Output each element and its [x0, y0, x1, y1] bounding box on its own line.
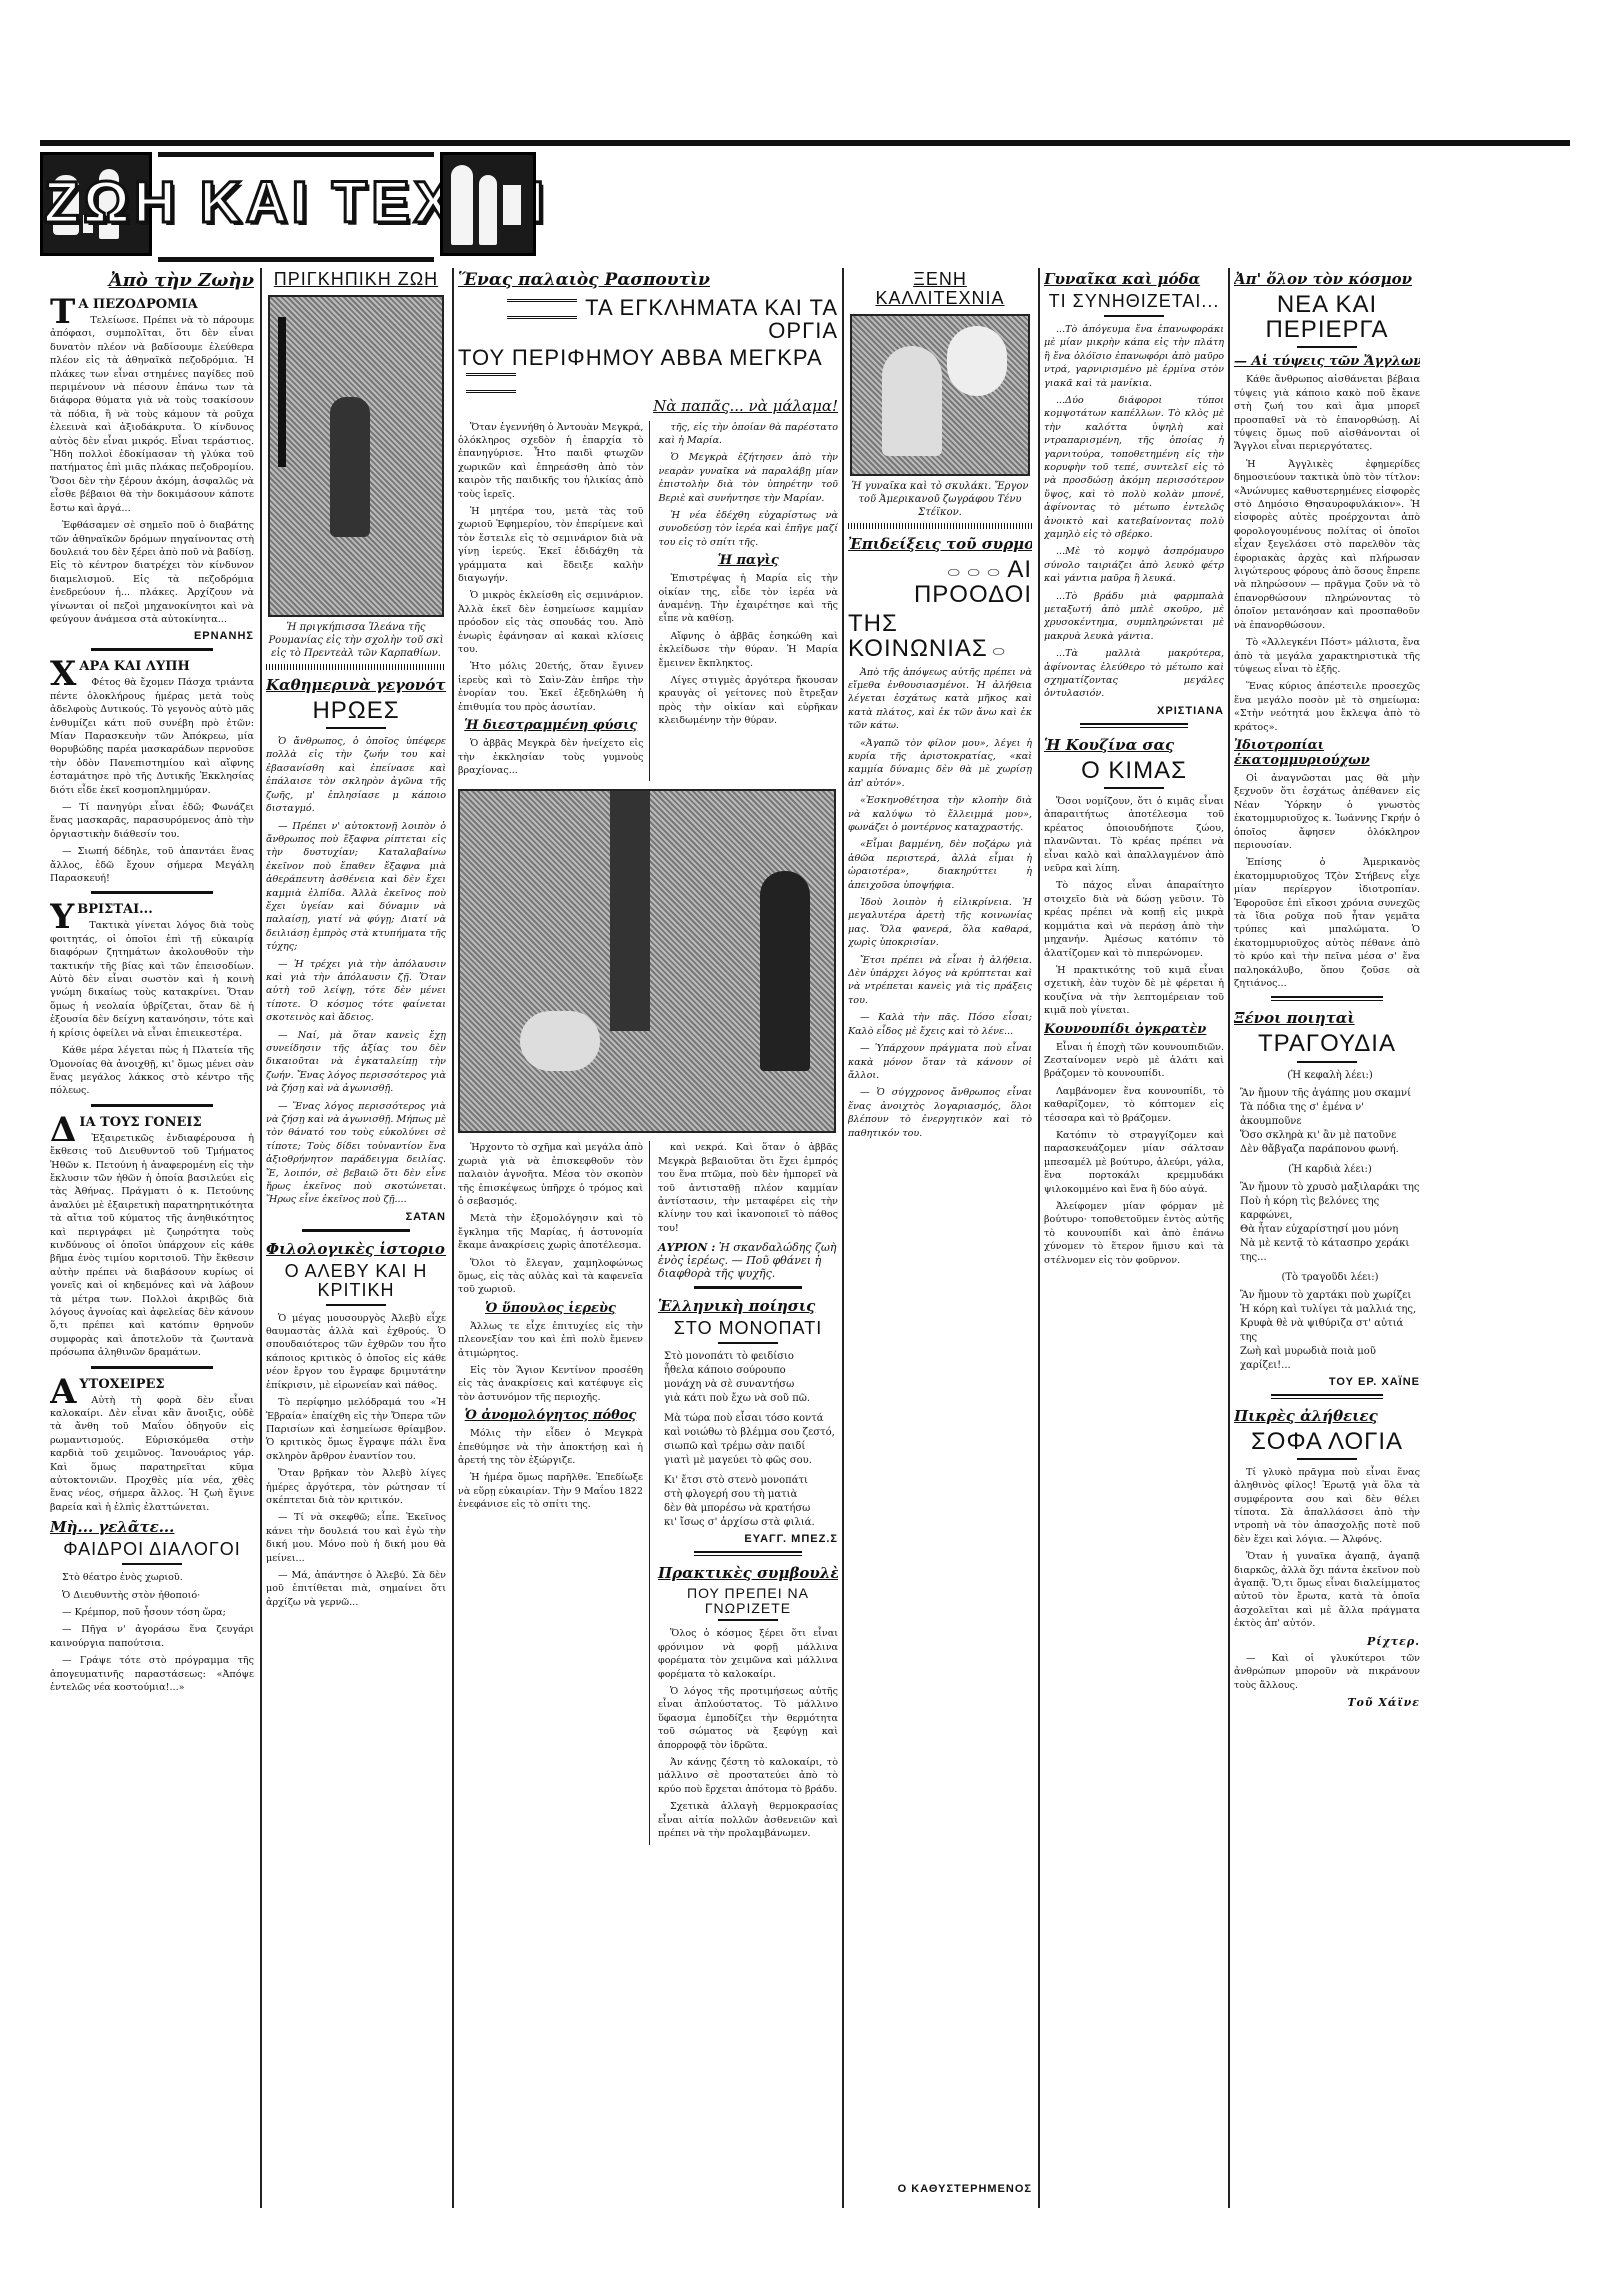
headline-dash: [326, 1304, 386, 1306]
separator: [91, 648, 213, 651]
poem-line: Ἂν ἤμουν τῆς ἀγάπης μου σκαμνί: [1240, 1087, 1420, 1101]
separator: [91, 891, 213, 894]
poem-line: σιωπῶ καὶ τρέμω σὰν παιδί: [664, 1440, 838, 1454]
article-paragraph: Ὁ ἀββᾶς Μεγκρὰ δὲν ἠνείχετο εἰς τὴν ἐκκλ…: [458, 737, 643, 777]
poem-headline: ΣΤΟ ΜΟΝΟΠΑΤΙ: [658, 1319, 838, 1338]
section-kicker: Ἀπὸ τὴν Ζωὴν: [50, 270, 254, 291]
article-paragraph: Τί γλυκὸ πρᾶγμα ποὺ εἶναι ἕνας ἀληθινὸς …: [1234, 1466, 1420, 1546]
poem-line: μονάχη νὰ σὲ συναντήσω: [664, 1378, 838, 1392]
story-two-columns-top: Ὅταν ἐγεννήθη ὁ Ἀντουὰν Μεγκρά, ὁλόκληρο…: [458, 421, 838, 782]
article-paragraph: «Εἶμαι βαμμένη, δὲν ποζάρω γιὰ ἁθῶα περι…: [848, 838, 1032, 892]
headline-dash: [1297, 1458, 1357, 1460]
article-headline: ΦΑΙΔΡΟΙ ΔΙΑΛΟΓΟΙ: [50, 1540, 254, 1559]
article-paragraph: Ὁ μέγας μουσουργὸς Ἀλεβὺ εἶχε θαυμαστὰς …: [266, 1312, 446, 1392]
column-5: Γυναῖκα καὶ μόδα ΤΙ ΣΥΝΗΘΙΖΕΤΑΙ... ...Τὸ…: [1044, 268, 1224, 2218]
story-two-columns-bottom: Ἠρχοντο τὸ σχῆμα καὶ μεγάλα ἀπὸ χωριὰ γι…: [458, 1141, 838, 1844]
article-paragraph: ...Δύο διάφοροι τύποι κομψοτάτων καπέλλω…: [1044, 394, 1224, 541]
article-paragraph: Λαμβάνομεν ἕνα κουνουπίδι, τὸ καθαρίζομε…: [1044, 1085, 1224, 1125]
article-headline: Ο ΑΛΕΒΥ ΚΑΙ Η ΚΡΙΤΙΚΗ: [266, 1262, 446, 1300]
article-paragraph: — Καλὰ τὴν πᾶς. Πόσο εἶσαι; Καλὸ εἶδος μ…: [848, 1011, 1032, 1038]
poem-line: Κρυφὰ θὲ νὰ ψιθύριζα στ' αὐτιά της: [1240, 1317, 1420, 1345]
article-paragraph: Ὁ μικρὸς ἐκλείσθη εἰς σεμινάριον. Ἀλλὰ ἐ…: [458, 589, 643, 656]
article-paragraph: — Μά, ἀπάντησε ὁ Ἀλεβύ. Σὰ δὲν μοῦ ἐπιτί…: [266, 1569, 446, 1609]
article-paragraph: — Τί νὰ σκεφθῶ; εἶπε. Ἐκεῖνος κάνει τὴν …: [266, 1511, 446, 1565]
article-paragraph: Εἶναι ἡ ἐποχὴ τῶν κουνουπιδιῶν. Ζεσταίνο…: [1044, 1041, 1224, 1081]
author-signature: Ο ΚΑΘΥΣΤΕΡΗΜΕΝΟΣ: [848, 2183, 1032, 2195]
article-paragraph: Φέτος θὰ ἔχομεν Πάσχα τριάντα πέντε ὁλοκ…: [50, 676, 254, 797]
article-paragraph: — Ἡ τρέχει γιὰ τὴν ἀπόλαυσιν καὶ γιὰ τὴν…: [266, 958, 446, 1025]
article-paragraph: — Πρέπει ν' αὐτοκτονῇ λοιπὸν ὁ ἄνθρωπος …: [266, 820, 446, 954]
article-paragraph: Τὸ «Ἀλλεγκένι Πόστ» μάλιστα, ἕνα ἀπὸ τὰ …: [1234, 636, 1420, 676]
poem-line: Ἂν ἤμουν τὸ χαρτάκι ποὺ χωρίζει: [1240, 1289, 1420, 1303]
article-paragraph: Τελείωσε. Πρέπει νὰ τὸ πάρουμε ἀπόφασι, …: [50, 314, 254, 515]
article-paragraph: Ἐφθάσαμεν σὲ σημεῖο ποῦ ὁ διαβάτης τῶν ἀ…: [50, 519, 254, 626]
article-headline: ΗΡΩΕΣ: [266, 698, 446, 723]
article-paragraph: Αὐτὴ τὴ φορὰ δὲν εἶναι καλοκαίρι. Δὲν εἶ…: [50, 1394, 254, 1515]
separator: [302, 1229, 410, 1232]
separator: [91, 1366, 213, 1369]
poem-line: γιατὶ μὲ μαγεύει τὸ φῶς σου.: [664, 1454, 838, 1468]
article-headline: ΞΕΝΗ ΚΑΛΛΙΤΕΧΝΙΑ: [848, 270, 1032, 308]
article-paragraph: — Σιωπή δέδηλε, τοῦ ἀπαντάει ἕνας ἄλλος,…: [50, 845, 254, 885]
subsection-kicker: Κουνουπίδι ὀγκρατὲν: [1044, 1022, 1224, 1037]
poem-line: Ἡ κόρη καὶ τυλίγει τὰ μαλλιά της,: [1240, 1303, 1420, 1317]
column-rule: [1228, 268, 1230, 2208]
separator: [91, 1104, 213, 1107]
tomorrow-notice: ΑΥΡΙΟΝ : Ἡ σκανδαλώδης ζωὴ ἑνὸς ἱερέως. …: [658, 1241, 838, 1280]
subsection-kicker: Ἰδιοτροπίαι ἑκατομμυριούχων: [1234, 738, 1420, 768]
article-heading: ΤΑ ΠΕΖΟΔΡΟΜΙΑ: [50, 297, 254, 312]
poem-line: κι' ἴσως σ' ἀρχίσω στὰ φιλιά.: [664, 1516, 838, 1530]
poem-line: Ποὺ ἡ κόρη τὶς βελόνες της καρφώνει,: [1240, 1195, 1420, 1223]
article-paragraph: Ἡ νέα ἐδέχθη εὐχαρίστως νὰ συνοδεύσῃ τὸν…: [658, 509, 838, 549]
photo-caption: Ἡ πριγκήπισσα Ἰλεάνα τῆς Ρουμανίας εἰς τ…: [266, 621, 446, 660]
poem-line: στὴ φλογερή σου τὴ ματιὰ: [664, 1488, 838, 1502]
article-paragraph: ...Μὲ τὸ κομψὸ ἀσπρόμαυρο σύνολο ταιριάζ…: [1044, 545, 1224, 585]
separator: [1271, 996, 1383, 1001]
article-paragraph: — Τί πανηγύρι εἶναι ἐδῶ; Φωνάζει ἕνας μα…: [50, 801, 254, 841]
article-headline-line-1: ΤΑ ΕΓΚΛΗΜΑΤΑ ΚΑΙ ΤΑ ΟΡΓΙΑ: [458, 296, 838, 342]
article-heading: ΥΒΡΙΣΤΑΙ...: [50, 902, 254, 917]
article-headline: ΠΡΙΓΚΗΠΙΚΗ ΖΩΗ: [266, 270, 446, 289]
story-left-column: Ἠρχοντο τὸ σχῆμα καὶ μεγάλα ἀπὸ χωριὰ γι…: [458, 1141, 650, 1844]
article-subheadline: — Αἱ τύψεις τῶν Ἄγγλων: [1234, 354, 1420, 369]
article-paragraph: — Ναί, μὰ ὅταν κανεὶς ἔχῃ συνείδησιν τῆς…: [266, 1029, 446, 1096]
article-paragraph: Ἀλείφομεν μίαν φόρμαν μὲ βούτυρο· τοποθε…: [1044, 1200, 1224, 1267]
article-paragraph: Κάθε ἄνθρωπος αἰσθάνεται βέβαια τύψεις γ…: [1234, 373, 1420, 453]
author-signature: ΣΑΤΑΝ: [266, 1211, 446, 1223]
story-left-column: Ὅταν ἐγεννήθη ὁ Ἀντουὰν Μεγκρά, ὁλόκληρο…: [458, 421, 650, 782]
ornament-ovals: ⬭ ⬭ ⬭: [948, 564, 1008, 580]
subsection-kicker: Ὁ ἀνομολόγητος πόθος: [458, 1408, 643, 1423]
poem-line: Ὅσο σκληρὰ κι' ἂν μὲ πατοῦνε: [1240, 1129, 1420, 1143]
column-rule: [842, 268, 844, 2208]
article-paragraph: Ὅταν ἐγεννήθη ὁ Ἀντουὰν Μεγκρά, ὁλόκληρο…: [458, 421, 643, 501]
dialogue-line: — Γράψε τότε στὸ πρόγραμμα τῆς ἀπογευματ…: [50, 1654, 254, 1694]
article-paragraph: Κάθε μέρα λέγεται πὼς ἡ Πλατεία τῆς Ὁμον…: [50, 1044, 254, 1098]
story-right-column: τῆς, εἰς τὴν ὁποίαν θὰ παρέστατο καὶ ἡ Μ…: [658, 421, 838, 782]
section-kicker: Καθημερινὰ γεγονότα: [266, 676, 446, 694]
quote-attribution: Τοῦ Χάϊνε: [1234, 1696, 1420, 1709]
article-heading: ΔΙΑ ΤΟΥΣ ΓΟΝΕΙΣ: [50, 1115, 254, 1130]
poem-body: (Ἡ κεφαλὴ λέει:) Ἂν ἤμουν τῆς ἀγάπης μου…: [1240, 1069, 1420, 1373]
column-4-footer: Ο ΚΑΘΥΣΤΕΡΗΜΕΝΟΣ: [848, 2180, 1032, 2199]
poem-line: Μὰ τώρα ποὺ εἶσαι τόσο κοντά: [664, 1412, 838, 1426]
article-headline-line-2: ΤΗΣ ΚΟΙΝΩΝΙΑΣ ⬭: [848, 611, 1032, 661]
headline-dash: [326, 727, 386, 729]
article-paragraph: Ἀν κάνῃς ζέστη τὸ καλοκαίρι, τὸ μάλλινο …: [658, 1756, 838, 1796]
quote-attribution: Ρίχτερ.: [1234, 1635, 1420, 1648]
column-rule: [1038, 268, 1040, 2208]
article-paragraph: Ὅλοι τὸ ἔλεγαν, χαμηλοφώνως ὅμως, εἰς τὰ…: [458, 1257, 643, 1297]
dialogue-line: — Κρέμπορ, ποῦ ἦσουν τόση ὥρα;: [50, 1606, 254, 1619]
ornament-bars: [507, 299, 577, 319]
column-6: Ἀπ' ὅλον τὸν κόσμον ΝΕΑ ΚΑΙ ΠΕΡΙΕΡΓΑ — Α…: [1234, 268, 1420, 2218]
article-paragraph: ...Τὸ ἀπόγευμα ἕνα ἐπανωφοράκι μὲ μίαν μ…: [1044, 323, 1224, 390]
headline-dash: [1104, 787, 1164, 789]
poem-line: Ἂν ἤμουν τὸ χρυσὸ μαξιλαράκι της: [1240, 1181, 1420, 1195]
article-paragraph: τῆς, εἰς τὴν ὁποίαν θὰ παρέστατο καὶ ἡ Μ…: [658, 421, 838, 448]
article-paragraph: Ἡ μητέρα του, μετὰ τὰς τοῦ χωριοῦ Ἐφημερ…: [458, 505, 643, 585]
poem-line: Δὲν θἄβγαζα παράπονου φωνή.: [1240, 1143, 1420, 1157]
section-kicker: Πρακτικὲς συμβουλὲς: [658, 1564, 838, 1582]
article-paragraph: «Ἐσκηνοθέτησα τὴν κλοπὴν διὰ νὰ καλύψω τ…: [848, 794, 1032, 834]
article-paragraph: ...Τὸ βράδυ μιὰ φαρμπαλὰ μεταξωτή ἀπὸ μπ…: [1044, 590, 1224, 644]
headline-dash: [718, 1619, 778, 1621]
article-headline: ΤΙ ΣΥΝΗΘΙΖΕΤΑΙ...: [1044, 292, 1224, 311]
masthead: ΖΩΗ ΚΑΙ ΤΕΧΝΗ: [40, 140, 1570, 258]
author-signature: ΕΡΝΑΝΗΣ: [50, 630, 254, 642]
hatched-rule: [848, 523, 1032, 529]
article-paragraph: Ὅσοι νομίζουν, ὅτι ὁ κιμᾶς εἶναι ἀπαραιτ…: [1044, 795, 1224, 875]
section-kicker: Πικρὲς ἀλήθειες: [1234, 1407, 1420, 1425]
section-kicker: Ἐπιδείξεις τοῦ συρμοῦ: [848, 535, 1032, 553]
article-paragraph: Ἡτο μόλις 20ετής, ὅταν ἔγινεν ἱερεὺς καὶ…: [458, 660, 643, 714]
headline-dash: [1104, 315, 1164, 317]
ornament-ovals: ⬭: [988, 643, 1006, 659]
section-kicker: Ἕνας παλαιὸς Ρασπουτὶν: [458, 270, 838, 290]
article-paragraph: Ἐπίσης ὁ Ἀμερικανὸς ἑκατομμυριοῦχος Τζὸν…: [1234, 856, 1420, 990]
article-paragraph: Εἰς τὸν Ἅγιον Κεντίνον προσέθη εἰς τὰς ἀ…: [458, 1364, 643, 1404]
headline-dash: [718, 1342, 778, 1344]
poem-line: Ζωὴ καὶ μυρωδιὰ ποιὰ μοῦ χαρίζει!...: [1240, 1345, 1420, 1373]
article-paragraph: Μόλις τὴν εἶδεν ὁ Μεγκρὰ ἐπεθύμησε νὰ τὴ…: [458, 1427, 643, 1467]
hatched-rule: [266, 664, 446, 670]
poem-body: Στὸ μονοπάτι τὸ φειδίσιο ἦθελα κάποιο σο…: [664, 1350, 838, 1530]
story-right-column: καὶ νεκρά. Καὶ ὅταν ὁ ἀββᾶς Μεγκρὰ βεβαι…: [658, 1141, 838, 1844]
article-paragraph: «Ἀγαπῶ τὸν φίλον μου», λέγει ἡ κυρία τῆς…: [848, 737, 1032, 791]
headline-dash: [122, 1563, 182, 1565]
subsection-kicker: Ἡ παγὶς: [658, 553, 838, 568]
column-rule: [260, 268, 262, 2208]
column-1: Ἀπὸ τὴν Ζωὴν ΤΑ ΠΕΖΟΔΡΟΜΙΑ Τελείωσε. Πρέ…: [50, 268, 254, 2218]
poem-line: γιὰ κάτι ποὺ ἔχω νὰ σοῦ πῶ.: [664, 1392, 838, 1406]
article-paragraph: Ἡ ἡμέρα ὅμως παρῆλθε. Ἐπεδίωξε νὰ εὕρῃ ε…: [458, 1471, 643, 1511]
article-heading: ΑΥΤΟΧΕΙΡΕΣ: [50, 1377, 254, 1392]
section-kicker: Μὴ... γελᾶτε...: [50, 1518, 254, 1536]
article-paragraph: Ὅταν βρῆκαν τὸν Ἀλεβὺ λίγες ἡμέρες ἀργότ…: [266, 1467, 446, 1507]
section-kicker: Ξένοι ποιηταὶ: [1234, 1009, 1420, 1027]
article-paragraph: Σχετικὰ ἀλλαγὴ θερμοκρασίας εἶναι αἰτία …: [658, 1800, 838, 1840]
ornament-bars: [466, 373, 516, 393]
separator: [694, 1286, 802, 1289]
article-paragraph: Ὁ λόγος τῆς προτιμήσεως αὐτῆς εἶναι ἀπλο…: [658, 1685, 838, 1752]
column-2: ΠΡΙΓΚΗΠΙΚΗ ΖΩΗ Ἡ πριγκήπισσα Ἰλεάνα τῆς …: [266, 268, 446, 2218]
subsection-kicker: Ἡ διεστραμμένη φύσις: [458, 718, 643, 733]
abbe-forest-scene-photo: [458, 789, 836, 1133]
article-paragraph: Ὁ ἄνθρωπος, ὁ ὁποῖος ὑπέφερε πολλὰ εἰς τ…: [266, 735, 446, 815]
poem-line: καὶ νοιώθω τὸ βλέμμα σου ζεστό,: [664, 1426, 838, 1440]
stanza-heading: (Ἡ κεφαλὴ λέει:): [1240, 1069, 1420, 1083]
article-paragraph: — Ὑπάρχουν πράγματα ποὺ εἶναι κακὰ μόνον…: [848, 1042, 1032, 1082]
dialogue-line: Ὁ Διευθυντὴς στὸν ἠθοποιό·: [50, 1589, 254, 1602]
article-paragraph: Ἀλλως τε εἶχε ἐπιτυχίες εἰς τὴν πλεονεξί…: [458, 1320, 643, 1360]
actress-with-dog-photo: [850, 314, 1030, 476]
article-paragraph: Τὸ πάχος εἶναι ἀπαραίτητο στοιχεῖο διὰ ν…: [1044, 879, 1224, 959]
article-paragraph: Οἱ ἀναγνῶσται μας θὰ μὴν ξεχνοῦν ὅτι ἐσχ…: [1234, 772, 1420, 852]
poem-line: ἦθελα κάποιο σούρουπο: [664, 1364, 838, 1378]
article-paragraph: Ὅλος ὁ κόσμος ξέρει ὅτι εἶναι φρόνιμον ν…: [658, 1627, 838, 1681]
author-signature: ΕΥΑΓΓ. ΜΠΕΖ.Σ: [658, 1533, 838, 1545]
article-paragraph: Ἕνας κύριος ἀπέστειλε προσεχῶς ἕνα μεγάλ…: [1234, 680, 1420, 734]
subsection-kicker: Ὁ ὕπουλος ἱερεὺς: [458, 1301, 643, 1316]
photo-caption: Ἡ γυναῖκα καὶ τὸ σκυλάκι. Ἔργον τοῦ Ἀμερ…: [848, 480, 1032, 519]
article-paragraph: Ἡ πρακτικότης τοῦ κιμᾶ εἶναι σχετικὴ, ἐὰ…: [1044, 964, 1224, 1018]
dialogue-line: — Πῆγα ν' ἀγοράσω ἕνα ζευγάρι καινούργια…: [50, 1623, 254, 1650]
article-paragraph: Ὁ Μεγκρὰ ἐζήτησεν ἀπὸ τὴν νεαρὰν γυναῖκα…: [658, 451, 838, 505]
headline-dash: [1297, 1061, 1357, 1063]
article-subheadline: Νὰ παπᾶς... νὰ μάλαμα!: [458, 397, 838, 415]
article-paragraph: Ἀπὸ τῆς ἀπόψεως αὐτῆς πρέπει νὰ εἴμεθα ἐ…: [848, 666, 1032, 733]
poem-line: Τὰ πόδια της σ' ἐμένα ν' ἀκουμποῦνε: [1240, 1101, 1420, 1129]
article-headline-line-1: ⬭ ⬭ ⬭ ΑΙ ΠΡΟΟΔΟΙ: [848, 557, 1032, 607]
poem-line: Θὰ ἦταν εὐχαρίστησί μου μόνη: [1240, 1223, 1420, 1237]
separator: [1271, 1394, 1383, 1399]
article-headline: Ο ΚΙΜΑΣ: [1044, 758, 1224, 783]
article-paragraph: Μετὰ τὴν ἐξομολόγησιν καὶ τὸ ἔγκλημα τῆς…: [458, 1212, 643, 1252]
article-paragraph: Ἔτσι πρέπει νὰ εἶναι ἡ ἀλήθεια. Δὲν ὑπάρ…: [848, 954, 1032, 1008]
author-signature: ΤΟΥ ΕΡ. ΧΑΪΝΕ: [1234, 1376, 1420, 1388]
column-4: ΞΕΝΗ ΚΑΛΛΙΤΕΧΝΙΑ Ἡ γυναῖκα καὶ τὸ σκυλάκ…: [848, 268, 1032, 2218]
article-paragraph: Ἠρχοντο τὸ σχῆμα καὶ μεγάλα ἀπὸ χωριὰ γι…: [458, 1141, 643, 1208]
section-kicker: Ἡ Κουζίνα σας: [1044, 736, 1224, 754]
stanza-heading: (Τὸ τραγοῦδι λέει:): [1240, 1271, 1420, 1285]
article-paragraph: — Καὶ οἱ γλυκύτεροι τῶν ἀνθρώπων μποροῦν…: [1234, 1652, 1420, 1692]
article-paragraph: Ἐπιστρέψας ἡ Μαρία εἰς τὴν οἰκίαν της, ε…: [658, 572, 838, 626]
article-paragraph: Ὅταν ἡ γυναῖκα ἀγαπᾷ, ἀγαπᾷ διαρκῶς, ἀλλ…: [1234, 1550, 1420, 1630]
princess-skiing-photo: [268, 295, 444, 617]
article-paragraph: — Ὁ σύγχρονος ἄνθρωπος εἶναι ἕνας ἀνοιχτ…: [848, 1086, 1032, 1140]
poem-line: Νὰ μὲ κεντᾷ τὸ κάτασπρο χεράκι της...: [1240, 1237, 1420, 1265]
column-rule: [452, 268, 454, 2208]
poem-line: δὲν θὰ μπορέσω νὰ κρατήσω: [664, 1502, 838, 1516]
masthead-top-rule: [40, 140, 1570, 146]
article-paragraph: ...Τὰ μαλλιὰ μακρύτερα, ἀφίνοντας ἐλεύθε…: [1044, 647, 1224, 701]
section-kicker: Ἑλληνικὴ ποίησις: [658, 1297, 838, 1315]
author-signature: ΧΡΙΣΤΙΑΝΑ: [1044, 705, 1224, 717]
poem-line: Κι' ἔτσι στὸ στενὸ μονοπάτι: [664, 1474, 838, 1488]
article-heading: ΧΑΡΑ ΚΑΙ ΛΥΠΗ: [50, 659, 254, 674]
column-3-megkra-story: Ἕνας παλαιὸς Ρασπουτὶν ΤΑ ΕΓΚΛΗΜΑΤΑ ΚΑΙ …: [458, 268, 838, 2218]
article-paragraph: Αἴφνης ὁ ἀββᾶς ἐσηκώθη καὶ ἐκλείδωσε τὴν…: [658, 630, 838, 670]
article-headline: ΝΕΑ ΚΑΙ ΠΕΡΙΕΡΓΑ: [1234, 292, 1420, 342]
article-paragraph: Τακτικὰ γίνεται λόγος διὰ τοὺς φοιτητάς,…: [50, 919, 254, 1040]
article-paragraph: — Ἕνας λόγος περισσότερος γιὰ νὰ ζήσῃ κα…: [266, 1100, 446, 1207]
newspaper-page: ΖΩΗ ΚΑΙ ΤΕΧΝΗ Ἀπὸ τὴν Ζωὴν ΤΑ ΠΕΖΟΔΡΟΜΙΑ…: [40, 140, 1570, 2220]
article-headline-line-2: ΤΟΥ ΠΕΡΙΦΗΜΟΥ ΑΒΒΑ ΜΕΓΚΡΑ: [458, 346, 838, 392]
article-paragraph: Κατόπιν τὸ στραγγίζομεν καὶ παρασκευάζομ…: [1044, 1129, 1224, 1196]
poem-headline: ΤΡΑΓΟΥΔΙΑ: [1234, 1031, 1420, 1056]
masthead-title: ΖΩΗ ΚΑΙ ΤΕΧΝΗ: [158, 152, 434, 252]
art-deco-illustration-right: [440, 152, 536, 256]
article-paragraph: Λίγες στιγμὲς ἀργότερα ἤκουσαν κραυγὰς ο…: [658, 674, 838, 728]
article-headline: ΣΟΦΑ ΛΟΓΙΑ: [1234, 1429, 1420, 1454]
stanza-heading: (Ἡ καρδιὰ λέει:): [1240, 1163, 1420, 1177]
poem-line: Στὸ μονοπάτι τὸ φειδίσιο: [664, 1350, 838, 1364]
dialogue-line: Στὸ θέατρο ἑνὸς χωριοῦ.: [50, 1571, 254, 1584]
article-paragraph: Τὸ περίφημο μελόδραμά του «Ἡ Ἑβραία» ἐπα…: [266, 1396, 446, 1463]
headline-dash: [1297, 346, 1357, 348]
article-paragraph: καὶ νεκρά. Καὶ ὅταν ὁ ἀββᾶς Μεγκρὰ βεβαι…: [658, 1141, 838, 1235]
separator: [1080, 723, 1188, 728]
article-paragraph: Ἡ Ἀγγλικὲς ἐφημερίδες δημοσιεύουν τακτικ…: [1234, 458, 1420, 632]
article-paragraph: Ἰδοὺ λοιπὸν ἡ εἰλικρίνεια. Ἡ μεγαλυτέρα …: [848, 896, 1032, 950]
separator: [694, 1551, 802, 1556]
section-kicker: Φιλολογικὲς ἱστοριοῦλες: [266, 1240, 446, 1258]
article-headline: ΠΟΥ ΠΡΕΠΕΙ ΝΑ ΓΝΩΡΙΖΕΤΕ: [658, 1586, 838, 1615]
section-kicker: Γυναῖκα καὶ μόδα: [1044, 270, 1224, 288]
article-paragraph: Ἐξαιρετικῶς ἐνδιαφέρουσα ἡ ἔκθεσις τοῦ Δ…: [50, 1132, 254, 1360]
section-kicker: Ἀπ' ὅλον τὸν κόσμον: [1234, 270, 1420, 288]
